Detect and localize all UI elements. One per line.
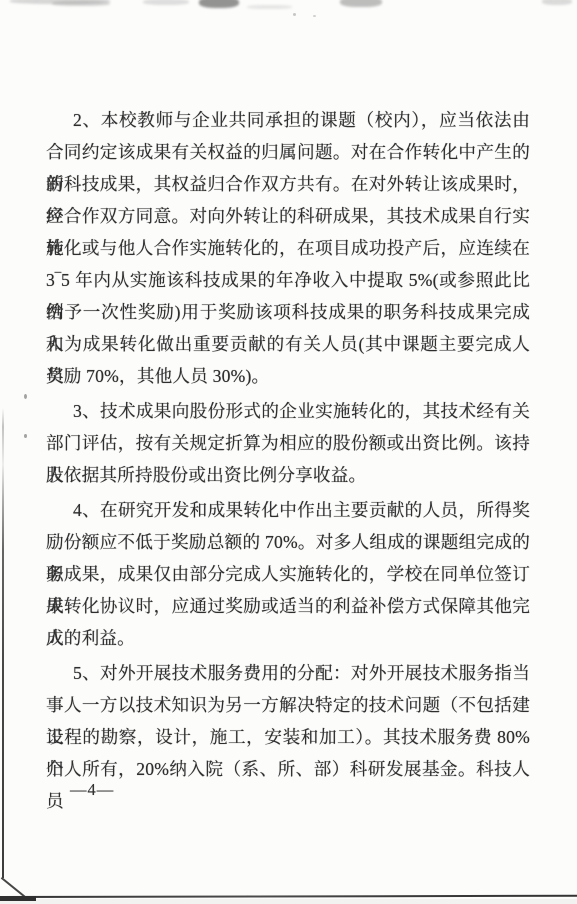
text-line: 和为成果转化做出重要贡献的有关人员(其中课题主要完成人员 — [46, 328, 530, 360]
scan-smudge — [52, 1, 110, 6]
scan-speck — [24, 394, 27, 399]
scan-smudge — [143, 0, 189, 5]
paragraph-3: 3、技术成果向股份形式的企业实施转化的，其技术经有关 部门评估，按有关规定折算为… — [46, 395, 530, 491]
text-line: 给予一次性奖励)用于奖励该项科技成果的职务科技成果完成人 — [46, 296, 530, 328]
text-line: 转化或与他人合作实施转化的，在项目成功投产后，应连续在 — [46, 232, 530, 264]
text-line: 人的利益。 — [46, 622, 530, 654]
text-line: 4、在研究开发和成果转化中作出主要贡献的人员，所得奖 — [46, 494, 530, 526]
scan-page-left-edge — [2, 408, 4, 878]
text-line: 3‾5 年内从实施该科技成果的年净收入中提取 5%(或参照此比例 — [46, 264, 530, 296]
text-line: 的科技成果，其权益归合作双方共有。在对外转让该成果时，应 — [46, 168, 530, 200]
text-line: 人依据其所持股份或出资比例分享收益。 — [46, 459, 530, 491]
text-line: 经合作双方同意。对向外转让的科研成果，其技术成果自行实施 — [46, 200, 530, 232]
text-line: 果转化协议时，应通过奖励或适当的利益补偿方式保障其他完成 — [46, 590, 530, 622]
text-line: 合同约定该成果有关权益的归属问题。对在合作转化中产生的新 — [46, 136, 530, 168]
text-line: 个人所有，20%纳入院（系、所、部）科研发展基金。科技人员 — [46, 753, 530, 785]
text-line: 事人一方以技术知识为另一方解决特定的技术问题（不包括建设 — [46, 689, 530, 721]
text-line: 部门评估，按有关规定折算为相应的股份额或出资比例。该持股 — [46, 427, 530, 459]
page-number: —4— — [70, 780, 114, 800]
scan-speck — [293, 13, 296, 16]
scan-smudge — [247, 5, 292, 9]
paragraph-5: 5、对外开展技术服务费用的分配：对外开展技术服务指当 事人一方以技术知识为另一方… — [46, 657, 530, 785]
scan-page-bottom-edge — [0, 895, 577, 898]
paragraph-2: 2、本校教师与企业共同承担的课题（校内），应当依法由 合同约定该成果有关权益的归… — [46, 104, 530, 392]
text-line: 5、对外开展技术服务费用的分配：对外开展技术服务指当 — [46, 657, 530, 689]
text-line: 工程的勘察，设计，施工，安装和加工）。其技术服务费 80%归 — [46, 721, 530, 753]
text-line: 2、本校教师与企业共同承担的课题（校内），应当依法由 — [46, 104, 530, 136]
text-line: 3、技术成果向股份形式的企业实施转化的，其技术经有关 — [46, 395, 530, 427]
scan-speck — [24, 434, 27, 438]
scan-page-bottom-edge-left — [0, 896, 36, 901]
scan-background-strip — [0, 899, 577, 904]
text-line: 务成果，成果仅由部分完成人实施转化的，学校在同单位签订成 — [46, 558, 530, 590]
scan-smudge — [199, 0, 239, 8]
scan-smudge — [340, 0, 382, 7]
document-body: 2、本校教师与企业共同承担的课题（校内），应当依法由 合同约定该成果有关权益的归… — [46, 104, 530, 785]
scan-smudge — [542, 0, 572, 5]
scan-speck — [313, 15, 316, 17]
text-line: 励份额应不低于奖励总额的 70%。对多人组成的课题组完成的职 — [46, 526, 530, 558]
text-line: 奖励 70%，其他人员 30%)。 — [46, 360, 530, 392]
scanned-document: { "colors": { "paper": "#fcfcfb", "ink":… — [0, 0, 577, 904]
paragraph-4: 4、在研究开发和成果转化中作出主要贡献的人员，所得奖 励份额应不低于奖励总额的 … — [46, 494, 530, 654]
scan-page-corner-edge — [1, 877, 26, 897]
